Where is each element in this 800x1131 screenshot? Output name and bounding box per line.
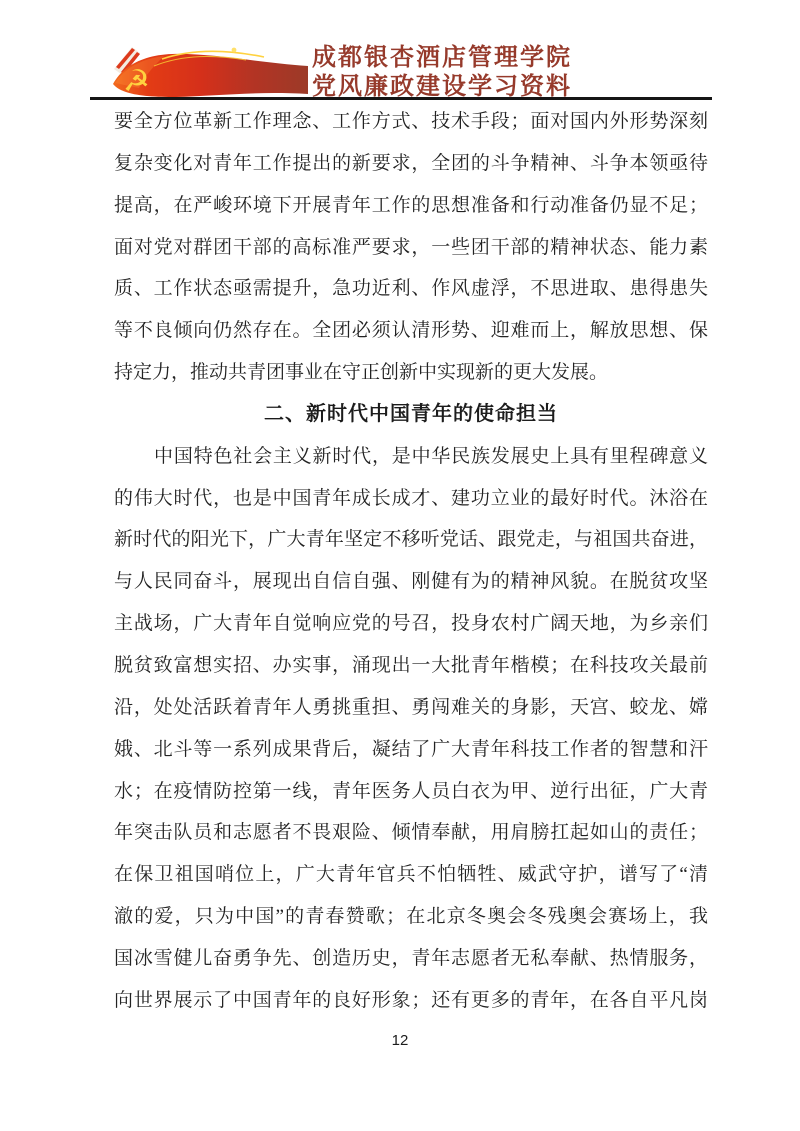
document-body: 要全方位革新工作理念、工作方式、技术手段；面对国内外形势深刻复杂变化对青年工作提… [114,101,708,1022]
section-heading: 二、新时代中国青年的使命担当 [114,394,708,436]
text-line: 沿，处处活跃着青年人勇挑重担、勇闯难关的身影，天宫、蛟龙、嫦 [114,687,708,729]
text-line: 主战场，广大青年自觉响应党的号召，投身农村广阔天地，为乡亲们 [114,603,708,645]
text-line: 要全方位革新工作理念、工作方式、技术手段；面对国内外形势深刻 [114,101,708,143]
text-line: 面对党对群团干部的高标准严要求，一些团干部的精神状态、能力素 [114,227,708,269]
text-line: 在保卫祖国哨位上，广大青年官兵不怕牺牲、威武守护，谱写了“清 [114,854,708,896]
text-line: 澈的爱，只为中国”的青春赞歌；在北京冬奥会冬残奥会赛场上，我 [114,896,708,938]
text-line: 提高，在严峻环境下开展青年工作的思想准备和行动准备仍显不足； [114,185,708,227]
text-line: 质、工作状态亟需提升，急功近利、作风虚浮，不思进取、患得患失 [114,268,708,310]
text-line: 国冰雪健儿奋勇争先、创造历史，青年志愿者无私奉献、热情服务， [114,938,708,980]
text-line: 脱贫致富想实招、办实事，涌现出一大批青年楷模；在科技攻关最前 [114,645,708,687]
text-line: 与人民同奋斗，展现出自信自强、刚健有为的精神风貌。在脱贫攻坚 [114,561,708,603]
text-line: 娥、北斗等一系列成果背后，凝结了广大青年科技工作者的智慧和汗 [114,729,708,771]
document-page: ☭ 成都银杏酒店管理学院 党风廉政建设学习资料 要全方位革新工作理念、工作方式、… [0,0,800,1131]
text-line: 年突击队员和志愿者不畏艰险、倾情奉献，用肩膀扛起如山的责任； [114,812,708,854]
text-line: 复杂变化对青年工作提出的新要求，全团的斗争精神、斗争本领亟待 [114,143,708,185]
hammer-sickle-icon: ☭ [123,64,150,98]
text-line: 新时代的阳光下，广大青年坚定不移听党话、跟党走，与祖国共奋进， [114,519,708,561]
paragraph-1: 要全方位革新工作理念、工作方式、技术手段；面对国内外形势深刻复杂变化对青年工作提… [114,101,708,394]
text-line: 等不良倾向仍然存在。全团必须认清形势、迎难而上，解放思想、保 [114,310,708,352]
sparkle-dot-icon [232,48,237,53]
header-title-line1: 成都银杏酒店管理学院 [312,44,572,73]
text-line: 水；在疫情防控第一线，青年医务人员白衣为甲、逆行出征，广大青 [114,771,708,813]
header-title: 成都银杏酒店管理学院 党风廉政建设学习资料 [312,44,572,102]
page-number: 12 [0,1032,800,1049]
party-flag-logo: ☭ [106,44,308,98]
text-line: 中国特色社会主义新时代，是中华民族发展史上具有里程碑意义 [114,436,708,478]
text-line: 的伟大时代，也是中国青年成长成才、建功立业的最好时代。沐浴在 [114,478,708,520]
text-line: 向世界展示了中国青年的良好形象；还有更多的青年，在各自平凡岗 [114,980,708,1022]
header-divider [90,97,712,100]
paragraph-2: 中国特色社会主义新时代，是中华民族发展史上具有里程碑意义的伟大时代，也是中国青年… [114,436,708,1022]
text-line: 持定力，推动共青团事业在守正创新中实现新的更大发展。 [114,352,708,394]
